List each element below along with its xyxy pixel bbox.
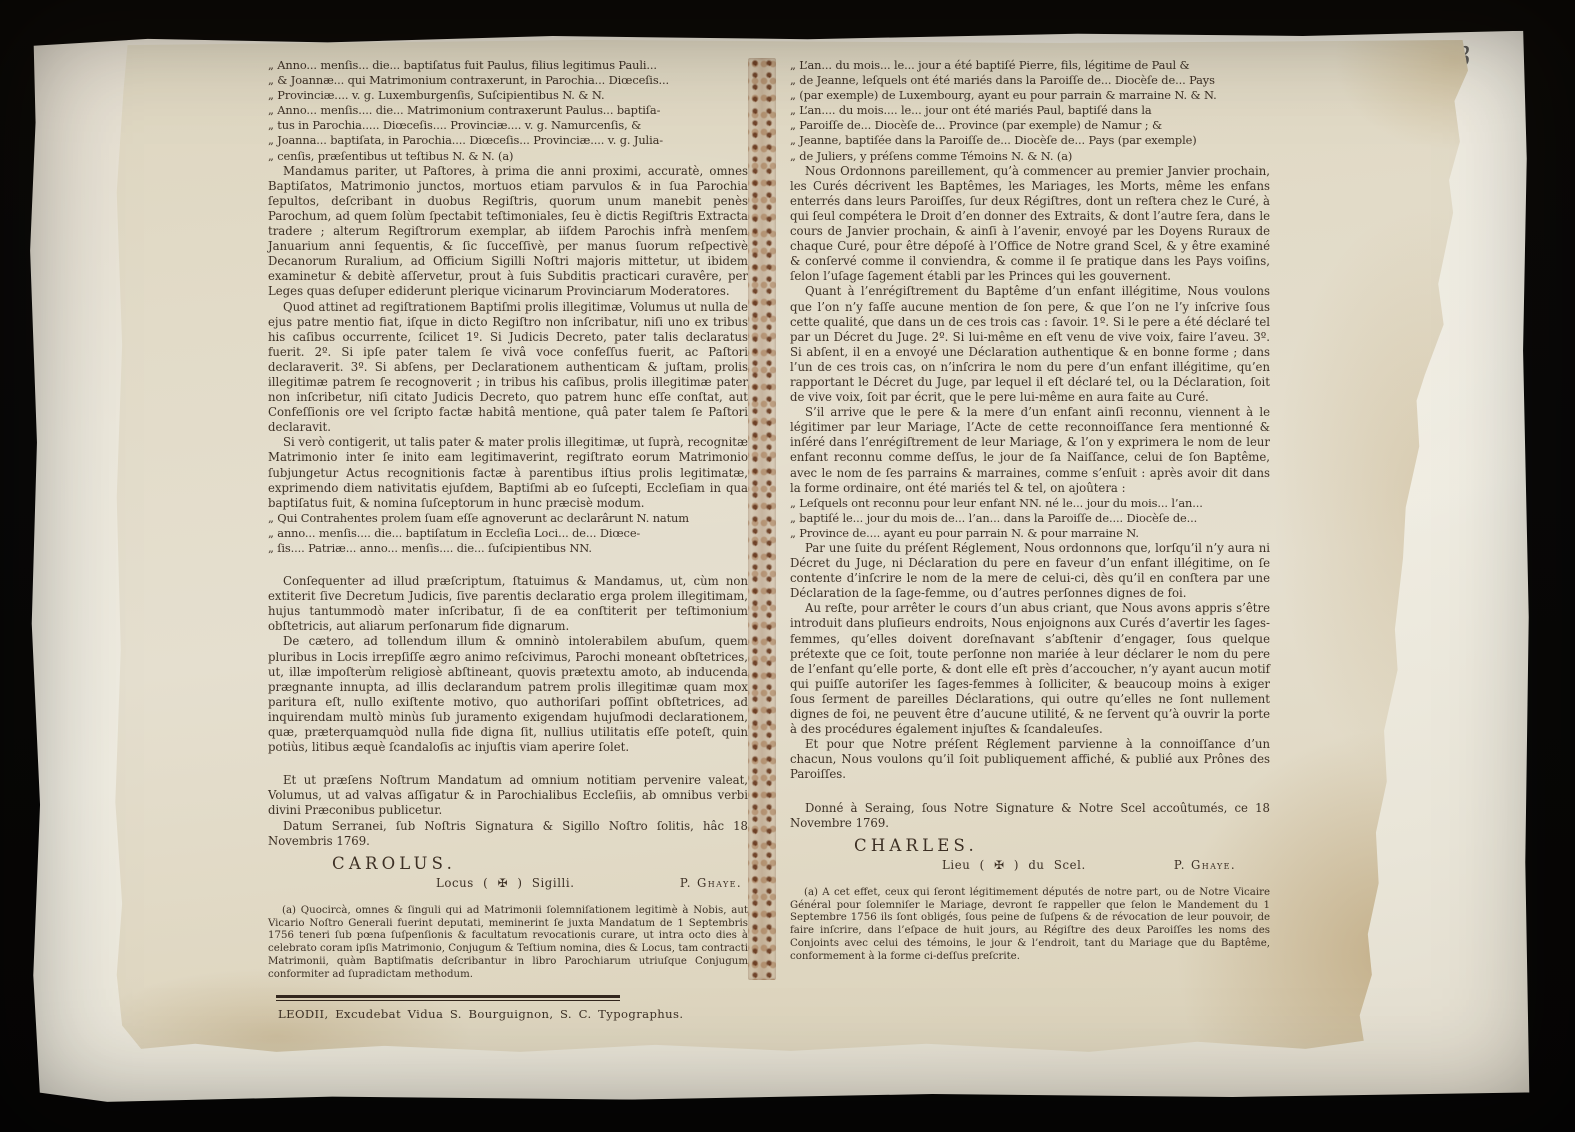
french-para-sil-arrive: S’il arrive que le pere & la mere d’un e… <box>790 405 1270 496</box>
latin-para-quod: Quod attinet ad regiſtrationem Baptiſmi … <box>268 300 748 436</box>
printer-imprint: LEODII, Excudebat Vidua S. Bourguignon, … <box>278 1007 748 1022</box>
photo-backdrop: 101/3 „ Anno... menſis... die... baptiſa… <box>0 0 1575 1132</box>
document-content: „ Anno... menſis... die... baptiſatus fu… <box>114 40 1468 1022</box>
french-para-quant: Quant à l’enrégiſtrement du Baptême d’un… <box>790 284 1270 405</box>
latin-column: „ Anno... menſis... die... baptiſatus fu… <box>268 58 748 1022</box>
latin-para-si-vero: Si verò contigerit, ut talis pater & mat… <box>268 435 748 510</box>
latin-signature-carolus: CAROLUS. <box>332 856 748 871</box>
latin-para-mandamus: Mandamus pariter, ut Paſtores, à prima d… <box>268 164 748 300</box>
french-para-ordonnons: Nous Ordonnons pareillement, qu’à commen… <box>790 164 1270 285</box>
french-column: „ L’an... du mois... le... jour a été ba… <box>790 58 1270 974</box>
french-quote-marriage: „ L’an.... du mois.... le... jour ont ét… <box>790 103 1270 163</box>
latin-quote-contrahentes: „ Qui Contrahentes prolem ſuam eſſe agno… <box>268 511 748 556</box>
broadside-document: „ Anno... menſis... die... baptiſatus fu… <box>114 40 1468 1056</box>
ornamental-divider <box>748 58 776 980</box>
latin-footnote-a: (a) Quocircà, omnes & ſinguli qui ad Mat… <box>268 905 748 982</box>
french-seal-row: Lieu ( ✠ ) du Scel. P. Ghaye. <box>790 858 1270 873</box>
latin-seal-row: Locus ( ✠ ) Sigilli. P. Ghaye. <box>268 876 748 891</box>
latin-quote-baptism: „ Anno... menſis... die... baptiſatus fu… <box>268 58 748 103</box>
latin-para-consequenter: Conſequenter ad illud præſcriptum, ſtatu… <box>268 574 748 634</box>
french-para-par-une-suite: Par une ſuite du préſent Réglement, Nous… <box>790 541 1270 601</box>
french-signature-charles: CHARLES. <box>854 838 1270 853</box>
french-quote-lesquels: „ Leſquels ont reconnu pour leur enfant … <box>790 496 1270 541</box>
french-footnote-a: (a) A cet effet, ceux qui ſeront légitim… <box>790 887 1270 964</box>
latin-para-et-ut: Et ut præſens Noſtrum Mandatum ad omnium… <box>268 773 748 818</box>
latin-secretary-signature: P. Ghaye. <box>680 876 742 891</box>
french-secretary-signature: P. Ghaye. <box>1174 858 1236 873</box>
french-para-au-reste: Au reſte, pour arrêter le cours d’un abu… <box>790 601 1270 737</box>
latin-para-de-caetero: De cætero, ad tollendum illum & omninò i… <box>268 634 748 755</box>
latin-para-datum: Datum Serranei, ſub Noſtris Signatura & … <box>268 819 748 849</box>
imprint-rule <box>276 995 620 1002</box>
latin-seal-of-place: Locus ( ✠ ) Sigilli. <box>436 876 575 891</box>
french-para-donne: Donné à Seraing, ſous Notre Signature & … <box>790 801 1270 831</box>
french-para-et-pour: Et pour que Notre préſent Réglement parv… <box>790 737 1270 782</box>
french-seal-of-place: Lieu ( ✠ ) du Scel. <box>942 858 1086 873</box>
french-quote-baptism: „ L’an... du mois... le... jour a été ba… <box>790 58 1270 103</box>
latin-quote-marriage: „ Anno... menſis.... die... Matrimonium … <box>268 103 748 163</box>
